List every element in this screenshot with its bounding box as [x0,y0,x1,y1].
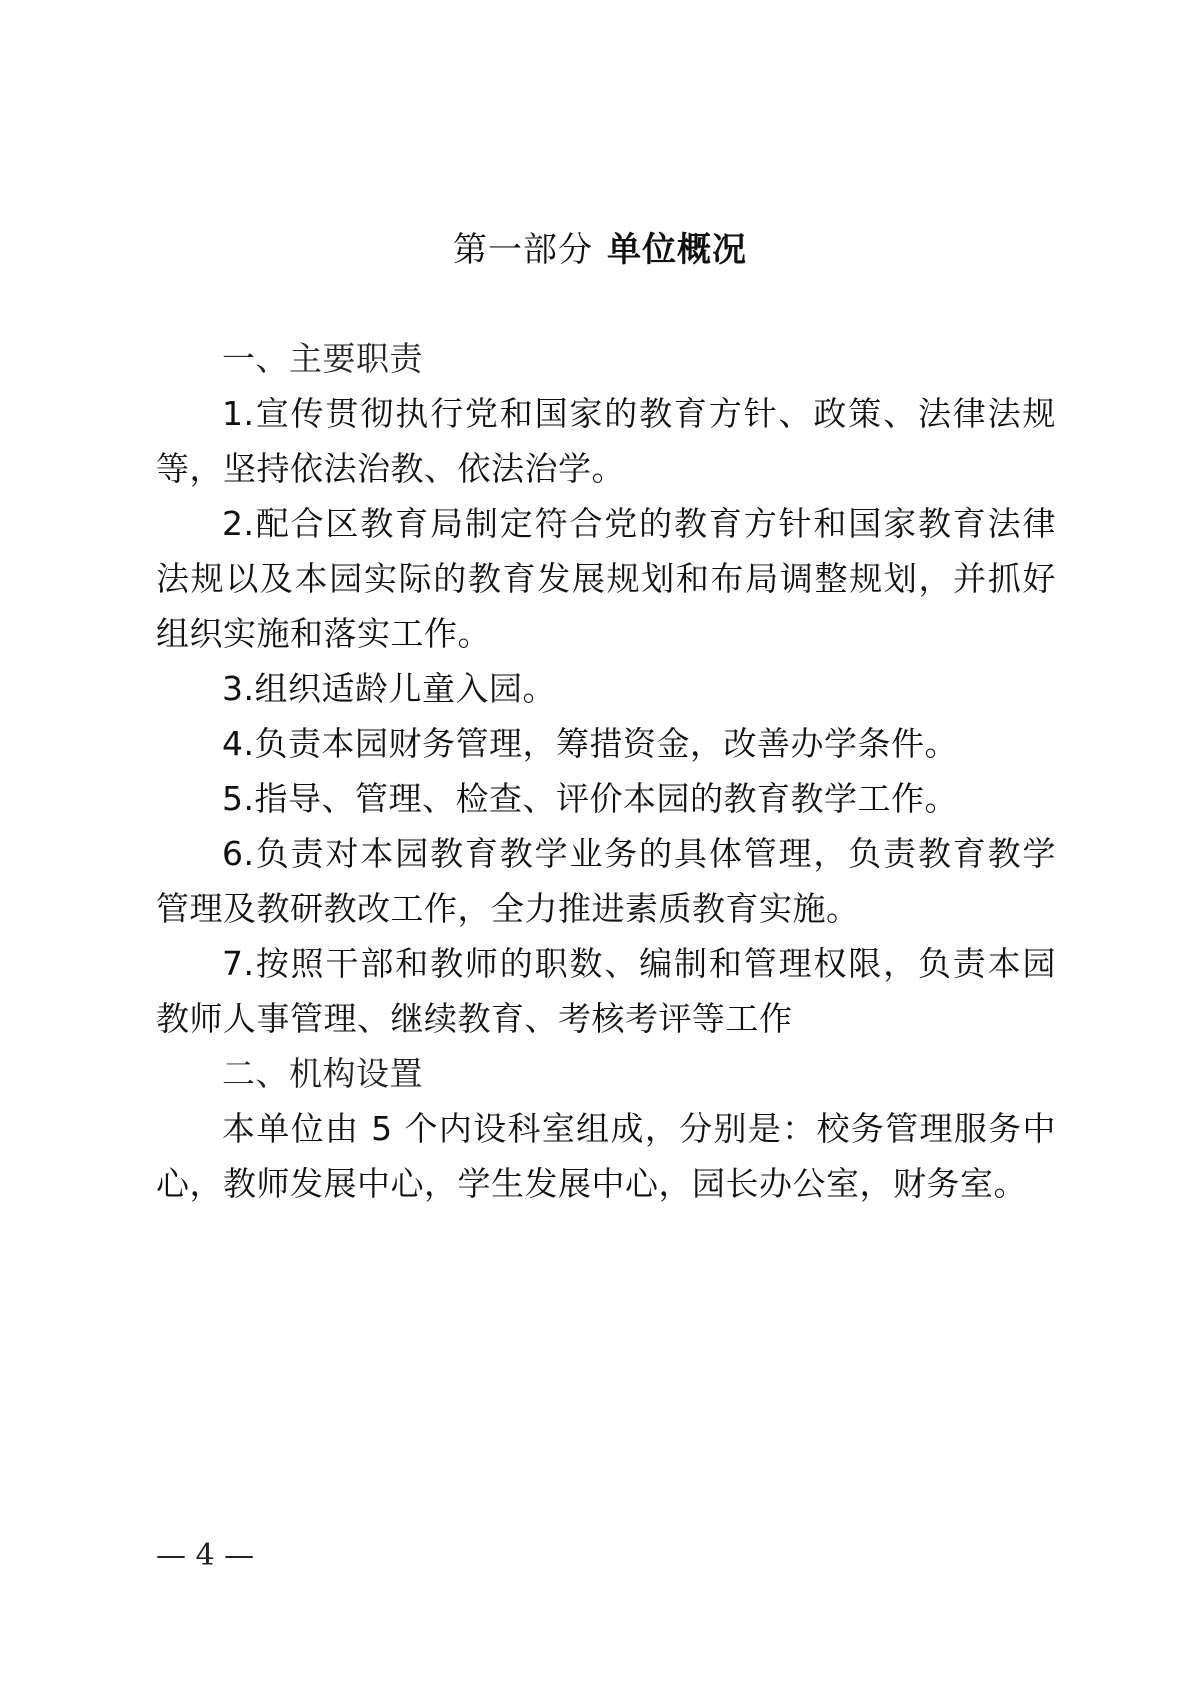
title-main: 单位概况 [607,230,747,270]
duty-paragraph-1: 1.宣传贯彻执行党和国家的教育方针、政策、法律法规等，坚持依法治教、依法治学。 [156,386,1056,496]
document-page: 第一部分单位概况 一、主要职责 1.宣传贯彻执行党和国家的教育方针、政策、法律法… [0,0,1200,1696]
section-heading-organization: 二、机构设置 [156,1046,1056,1101]
duty-paragraph-3: 3.组织适龄儿童入园。 [156,661,1056,716]
duty-paragraph-2: 2.配合区教育局制定符合党的教育方针和国家教育法律法规以及本园实际的教育发展规划… [156,496,1056,661]
document-body: 一、主要职责 1.宣传贯彻执行党和国家的教育方针、政策、法律法规等，坚持依法治教… [156,331,1056,1211]
section-heading-duties: 一、主要职责 [156,331,1056,386]
duty-paragraph-6: 6.负责对本园教育教学业务的具体管理，负责教育教学管理及教研教改工作，全力推进素… [156,826,1056,936]
organization-paragraph: 本单位由 5 个内设科室组成，分别是：校务管理服务中心，教师发展中心，学生发展中… [156,1101,1056,1211]
page-number: — 4 — [156,1538,254,1573]
duty-paragraph-7: 7.按照干部和教师的职数、编制和管理权限，负责本园教师人事管理、继续教育、考核考… [156,936,1056,1046]
page-title: 第一部分单位概况 [0,222,1200,271]
duty-paragraph-4: 4.负责本园财务管理，筹措资金，改善办学条件。 [156,716,1056,771]
title-prefix: 第一部分 [453,230,593,270]
duty-paragraph-5: 5.指导、管理、检查、评价本园的教育教学工作。 [156,771,1056,826]
